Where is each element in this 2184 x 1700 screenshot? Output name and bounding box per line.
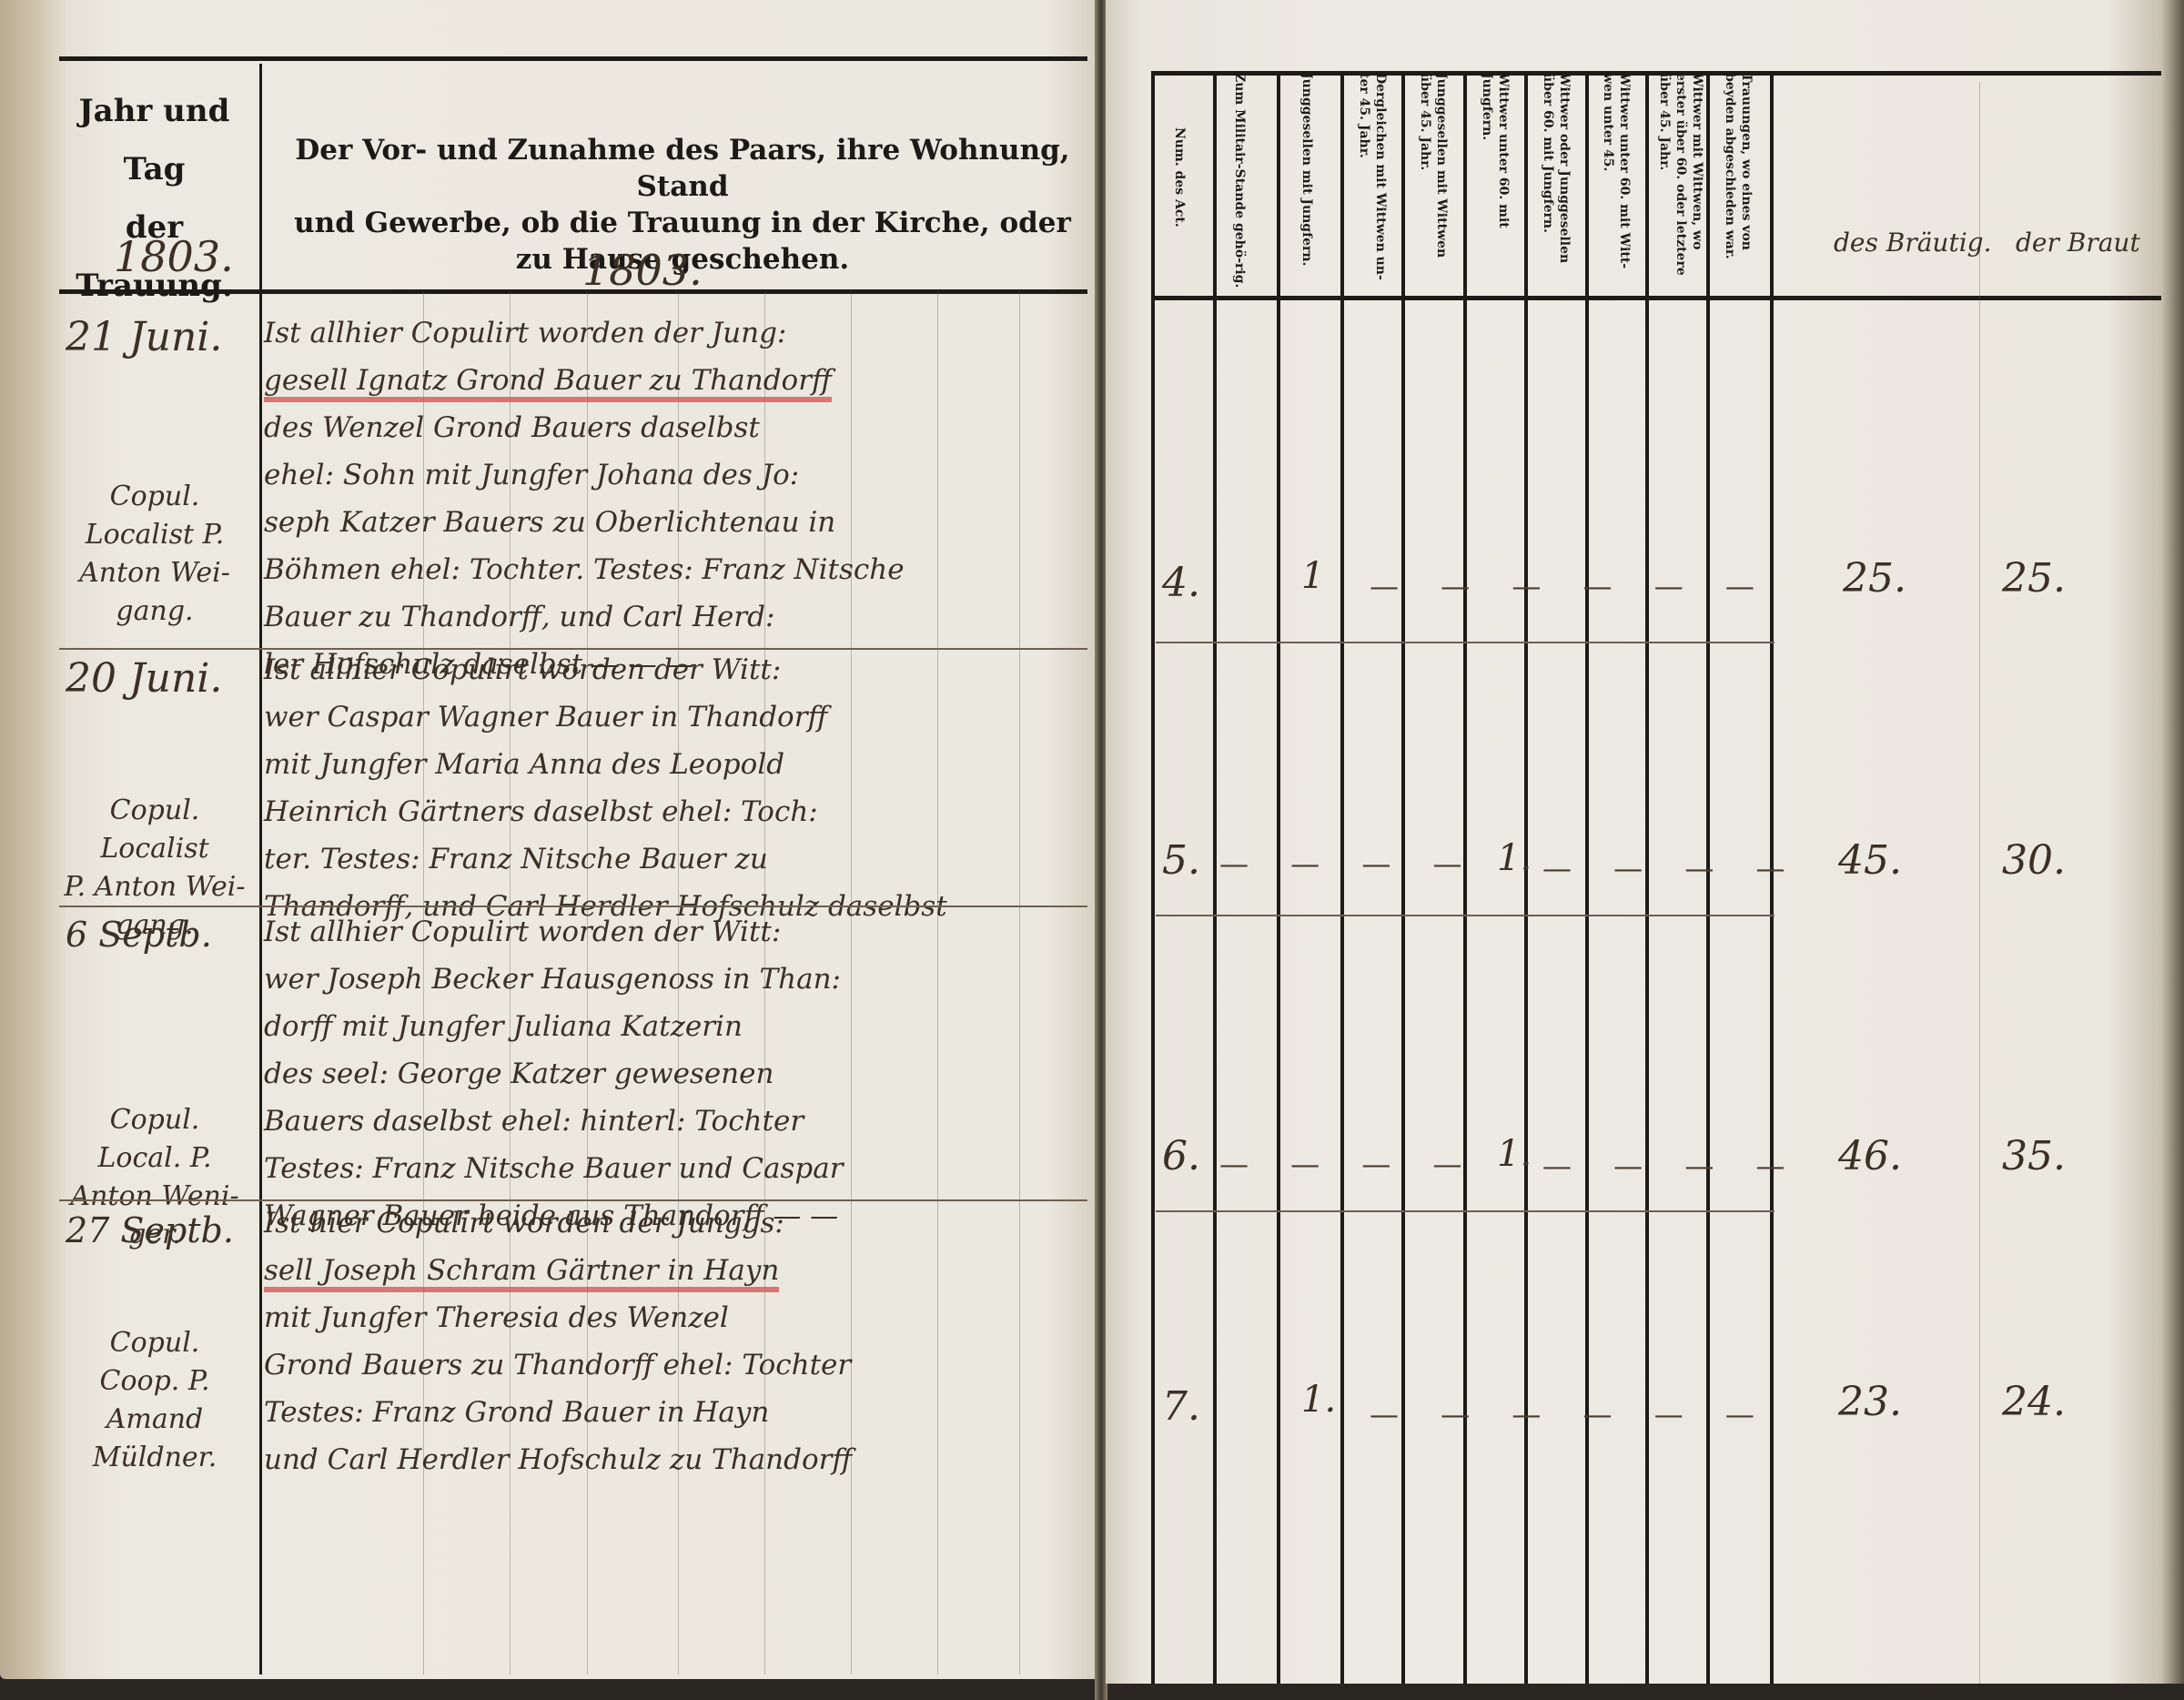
column-header: Dergleichen mit Wittwen un-ter 45. Jahr. xyxy=(1356,73,1389,291)
act-number: 6. xyxy=(1162,1133,1200,1179)
officiant-line: Copul. xyxy=(64,478,246,516)
right-page: Num. des Act. Zum Militair-Stande gehö-r… xyxy=(1106,0,2184,1684)
entry-line: mit Jungfer Maria Anna des Leopold xyxy=(264,741,1083,788)
entry-line: Ist allhier Copulirt worden der Witt: xyxy=(264,908,1083,956)
officiant-line: Localist P. xyxy=(64,516,246,554)
entry-officiant: Copul. Coop. P. Amand Müldner. xyxy=(64,1324,246,1477)
groom-age-subheader: des Bräutig. xyxy=(1834,228,1991,258)
top-rule xyxy=(59,56,1087,61)
entry-line: Ist hier Copulirt worden der Junggs: xyxy=(264,1199,1083,1247)
row-separator xyxy=(1156,1210,1774,1212)
entry-line: Böhmen ehel: Tochter. Testes: Franz Nits… xyxy=(264,546,1083,593)
column-header: Junggesellen mit Wittwen über 45. Jahr. xyxy=(1417,73,1450,291)
entry-line: seph Katzer Bauers zu Oberlichtenau in xyxy=(264,499,1083,546)
column-header: Wittwer unter 60. mit Jungfern. xyxy=(1479,73,1512,291)
officiant-line: gang. xyxy=(64,592,246,631)
entry-line: dorff mit Jungfer Juliana Katzerin xyxy=(264,1003,1083,1050)
age-column-divider xyxy=(1979,82,1980,1684)
highlighted-name: gesell Ignatz Grond Bauer zu Thandorff xyxy=(264,364,832,402)
act-number: 5. xyxy=(1162,837,1200,884)
year-label: 1803. xyxy=(114,232,234,281)
officiant-line: Copul. xyxy=(64,1324,246,1362)
entry-line: sell Joseph Schram Gärtner in Hayn xyxy=(264,1247,1083,1294)
entry-line: Bauers daselbst ehel: hinterl: Tochter xyxy=(264,1098,1083,1145)
bride-age: 24. xyxy=(2002,1379,2066,1425)
entry-officiant: Copul. Localist P. Anton Wei- gang. xyxy=(64,478,246,631)
column-header: Wittwer unter 60. mit Witt-wen unter 45. xyxy=(1600,73,1633,291)
column-divider xyxy=(259,64,262,1675)
bride-age: 25. xyxy=(2002,555,2066,602)
entry-text: Ist allhier Copulirt worden der Witt: we… xyxy=(264,908,1083,1240)
empty-marks: — — — — xyxy=(1542,1149,1802,1183)
column-rule xyxy=(1151,73,1155,1684)
entry-line: ter. Testes: Franz Nitsche Bauer zu xyxy=(264,835,1083,883)
entry-text: Ist hier Copulirt worden der Junggs: sel… xyxy=(264,1199,1083,1483)
officiant-line: Coop. P. xyxy=(64,1362,246,1401)
column-header: Zum Militair-Stande gehö-rig. xyxy=(1231,73,1248,291)
entry-line: Bauer zu Thandorff, und Carl Herd: xyxy=(264,593,1083,641)
category-mark: 1. xyxy=(1497,1133,1532,1175)
entry-line: wer Joseph Becker Hausgenoss in Than: xyxy=(264,956,1083,1003)
category-mark: 1. xyxy=(1497,837,1532,879)
row-separator xyxy=(1156,642,1774,643)
column-header: Junggesellen mit Jungfern. xyxy=(1299,73,1315,291)
left-page: Jahr und Tag der Trauung. Der Vor- und Z… xyxy=(0,0,1097,1679)
act-number: 4. xyxy=(1162,560,1200,606)
column-header: Wittwer oder Junggesellen über 60. mit J… xyxy=(1540,73,1572,291)
entry-text: Ist allhier Copulirt worden der Witt: we… xyxy=(264,646,1083,930)
empty-marks: — — — — xyxy=(1542,851,1802,885)
officiant-line: Amand xyxy=(64,1401,246,1439)
entry-date: 6 Septb. xyxy=(66,915,212,955)
entry-line: Testes: Franz Nitsche Bauer und Caspar xyxy=(264,1145,1083,1192)
empty-marks: — — — — xyxy=(1219,846,1479,881)
entry-date: 20 Juni. xyxy=(66,655,222,702)
bride-age-subheader: der Braut xyxy=(2016,228,2140,258)
entry-line: Testes: Franz Grond Bauer in Hayn xyxy=(264,1389,1083,1436)
entry-line: mit Jungfer Theresia des Wenzel xyxy=(264,1294,1083,1341)
entry-line: gesell Ignatz Grond Bauer zu Thandorff xyxy=(264,357,1083,404)
bride-age: 35. xyxy=(2002,1133,2066,1179)
column-header: Num. des Act. xyxy=(1171,127,1188,346)
category-mark: 1. xyxy=(1301,1379,1336,1421)
officiant-line: Müldner. xyxy=(64,1439,246,1477)
groom-age: 25. xyxy=(1843,555,1906,602)
empty-marks: — — — — xyxy=(1219,1147,1479,1181)
entry-text: Ist allhier Copulirt worden der Jung: ge… xyxy=(264,309,1083,688)
entry-line: Ist allhier Copulirt worden der Jung: xyxy=(264,309,1083,357)
bride-age: 30. xyxy=(2002,837,2066,884)
entry-line: des seel: George Katzer gewesenen xyxy=(264,1050,1083,1098)
officiant-line: Localist xyxy=(64,830,246,868)
header-bottom-rule xyxy=(1151,296,2161,300)
column-header: Trauungen, wo eines von beyden abgeschie… xyxy=(1722,73,1754,291)
column-rule xyxy=(1213,73,1217,1684)
officiant-line: Local. P. xyxy=(64,1139,246,1178)
groom-age: 45. xyxy=(1838,837,1902,884)
entry-line: Heinrich Gärtners daselbst ehel: Toch: xyxy=(264,788,1083,835)
officiant-line: P. Anton Wei- xyxy=(64,868,246,906)
header-line: Jahr und Tag xyxy=(56,82,252,198)
row-separator xyxy=(1156,915,1774,916)
entry-line: des Wenzel Grond Bauers daselbst xyxy=(264,404,1083,451)
entry-line: ehel: Sohn mit Jungfer Johana des Jo: xyxy=(264,451,1083,499)
act-number: 7. xyxy=(1162,1383,1200,1430)
entry-line: wer Caspar Wagner Bauer in Thandorff xyxy=(264,693,1083,741)
category-mark: 1 xyxy=(1301,555,1324,597)
officiant-line: Copul. xyxy=(64,792,246,830)
officiant-line: Copul. xyxy=(64,1101,246,1139)
entry-line: und Carl Herdler Hofschulz zu Thandorff xyxy=(264,1436,1083,1483)
groom-age: 23. xyxy=(1838,1379,1902,1425)
entry-line: Ist allhier Copulirt worden der Witt: xyxy=(264,646,1083,693)
entry-line: Grond Bauers zu Thandorff ehel: Tochter xyxy=(264,1341,1083,1389)
groom-age: 46. xyxy=(1838,1133,1902,1179)
highlighted-name: sell Joseph Schram Gärtner in Hayn xyxy=(264,1254,779,1292)
officiant-line: Anton Wei- xyxy=(64,554,246,592)
entry-date: 27 Septb. xyxy=(66,1210,234,1250)
column-header: Wittwer mit Wittwen, wo erster über 60. … xyxy=(1656,73,1705,291)
entry-separator xyxy=(59,906,1087,907)
header-line: und Gewerbe, ob die Trauung in der Kirch… xyxy=(273,205,1092,241)
empty-marks: — — — — — — xyxy=(1370,1397,1771,1432)
header-line: Der Vor- und Zunahme des Paars, ihre Woh… xyxy=(273,132,1092,205)
empty-marks: — — — — — — xyxy=(1370,569,1771,603)
year-label: 1803. xyxy=(582,246,703,295)
entry-date: 21 Juni. xyxy=(66,314,222,360)
